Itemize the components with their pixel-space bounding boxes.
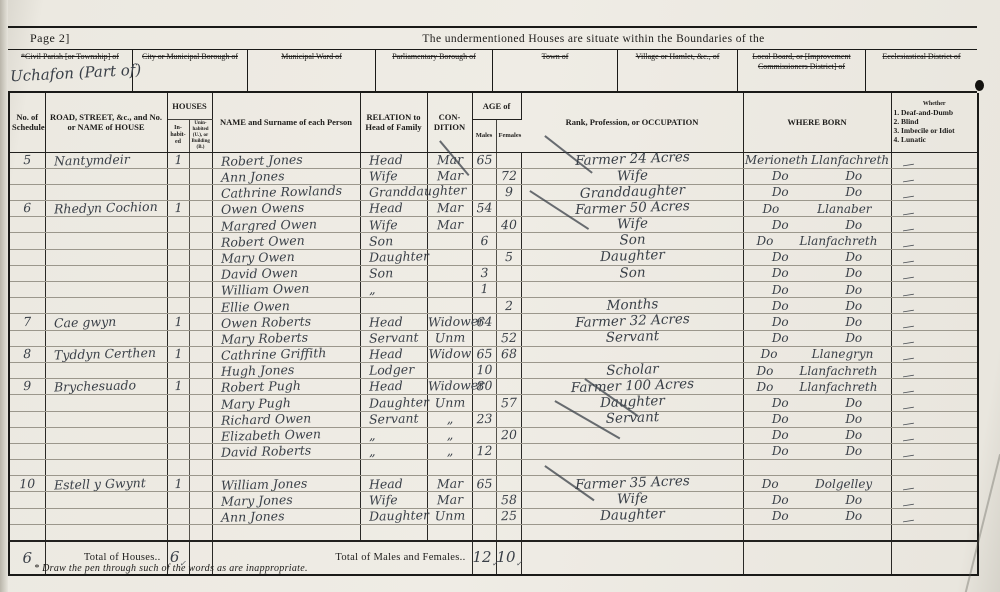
uninhabited-cell [189, 184, 212, 200]
relation-cell: Wife [360, 492, 427, 508]
condition-cell: Unm [427, 508, 472, 524]
schedule-cell: 8 [9, 346, 45, 362]
table-row: William Owen„1DoDo— [9, 282, 978, 298]
occupation-cell [521, 443, 743, 459]
condition-cell: Widower [427, 379, 472, 395]
age-males-cell: 80 [472, 379, 496, 395]
born-cell: DoDo [743, 298, 891, 314]
relation-cell: Granddaughter [360, 184, 427, 200]
road-cell [45, 282, 167, 298]
district-box-7: Ecclesiastical District of [866, 50, 977, 91]
table-row: 5Nantymdeir1Robert JonesHeadMar65Farmer … [9, 152, 978, 168]
name-cell: Mary Owen [212, 249, 360, 265]
road-cell [45, 443, 167, 459]
name-cell: Owen Roberts [212, 314, 360, 330]
col-header-females: Females [496, 119, 521, 152]
age-females-cell: 57 [496, 395, 521, 411]
col-header-uninhabited: Unin-habited (U.), or Building (B.) [189, 119, 212, 152]
infirmity-title: Whether [894, 101, 976, 108]
schedule-cell [9, 298, 45, 314]
table-row: David OwenSon3SonDoDo— [9, 265, 978, 281]
road-cell [45, 217, 167, 233]
born-cell: DoDo [743, 443, 891, 459]
age-females-cell: 40 [496, 217, 521, 233]
uninhabited-cell [189, 427, 212, 443]
age-females-cell [496, 524, 521, 540]
road-cell [45, 298, 167, 314]
condition-cell: Unm [427, 395, 472, 411]
table-row: Richard OwenServant„23ServantDoDo— [9, 411, 978, 427]
road-cell [45, 524, 167, 540]
district-box-0: *Civil Parish [or Township] ofUchafon (P… [8, 50, 133, 91]
col-header-born: WHERE BORN [743, 93, 891, 152]
relation-cell: Lodger [360, 362, 427, 378]
inhabited-cell [167, 168, 189, 184]
occupation-cell: Servant [521, 411, 743, 427]
schedule-cell [9, 362, 45, 378]
uninhabited-cell [189, 201, 212, 217]
table-row: 8Tyddyn Certhen1Cathrine GriffithHeadWid… [9, 346, 978, 362]
road-cell: Rhedyn Cochion [45, 201, 167, 217]
table-row: Ann JonesWifeMar72WifeDoDo— [9, 168, 978, 184]
born-cell: DoDo [743, 249, 891, 265]
age-males-cell: 12 [472, 443, 496, 459]
inhabited-cell [167, 524, 189, 540]
occupation-cell [521, 282, 743, 298]
inhabited-cell: 1 [167, 152, 189, 168]
table-body: 5Nantymdeir1Robert JonesHeadMar65Farmer … [9, 152, 978, 541]
inhabited-cell [167, 184, 189, 200]
inhabited-cell [167, 265, 189, 281]
condition-cell [427, 265, 472, 281]
occupation-cell: Son [521, 265, 743, 281]
schedule-cell: 9 [9, 379, 45, 395]
uninhabited-cell [189, 476, 212, 492]
age-females-cell [496, 152, 521, 168]
occupation-cell [521, 346, 743, 362]
relation-cell: Head [360, 346, 427, 362]
schedule-cell [9, 443, 45, 459]
district-box-label: Parliamentary Borough of [392, 52, 476, 61]
col-header-age: AGE of [472, 93, 521, 119]
banner-row: Page 2] The undermentioned Houses are si… [8, 26, 977, 50]
uninhabited-cell [189, 330, 212, 346]
ink-blot [975, 80, 984, 91]
age-females-cell [496, 362, 521, 378]
name-cell: David Owen [212, 265, 360, 281]
condition-cell: „ [427, 443, 472, 459]
infirmity-item: 1. Deaf-and-Dumb [894, 108, 976, 117]
uninhabited-cell [189, 508, 212, 524]
uninhabited-cell [189, 314, 212, 330]
footnote: * Draw the pen through such of the words… [34, 563, 308, 574]
condition-cell: „ [427, 427, 472, 443]
road-cell: Estell y Gwynt [45, 476, 167, 492]
condition-cell: Mar [427, 217, 472, 233]
age-males-cell [472, 492, 496, 508]
relation-cell: Head [360, 201, 427, 217]
uninhabited-cell [189, 492, 212, 508]
inhabited-cell [167, 298, 189, 314]
relation-cell [360, 298, 427, 314]
name-cell [212, 460, 360, 476]
occupation-cell [521, 524, 743, 540]
age-males-cell [472, 427, 496, 443]
road-cell [45, 362, 167, 378]
condition-cell: Mar [427, 492, 472, 508]
uninhabited-cell [189, 249, 212, 265]
name-cell: Mary Jones [212, 492, 360, 508]
enumeration-table: No. of Schedule ROAD, STREET, &c., and N… [8, 93, 979, 576]
table-row: 6Rhedyn Cochion1Owen OwensHeadMar54Farme… [9, 201, 978, 217]
relation-cell: Servant [360, 411, 427, 427]
table-row: Mary JonesWifeMar58WifeDoDo— [9, 492, 978, 508]
schedule-cell [9, 330, 45, 346]
uninhabited-cell [189, 265, 212, 281]
infirmity-item: 3. Imbecile or Idiot [894, 126, 976, 135]
age-females-cell: 5 [496, 249, 521, 265]
age-males-cell [472, 184, 496, 200]
name-cell: Margred Owen [212, 217, 360, 233]
uninhabited-cell [189, 443, 212, 459]
schedule-cell [9, 265, 45, 281]
born-cell: DoLlanaber [743, 201, 891, 217]
uninhabited-cell [189, 168, 212, 184]
age-males-cell: 10 [472, 362, 496, 378]
age-females-cell: 52 [496, 330, 521, 346]
district-box-label: *Civil Parish [or Township] of [21, 52, 119, 61]
born-cell: DoDo [743, 395, 891, 411]
inhabited-cell [167, 330, 189, 346]
table-row: Hugh JonesLodger10ScholarDoLlanfachreth— [9, 362, 978, 378]
inhabited-cell [167, 492, 189, 508]
age-females-cell [496, 265, 521, 281]
name-cell: Mary Roberts [212, 330, 360, 346]
age-females-cell [496, 476, 521, 492]
condition-cell [427, 362, 472, 378]
name-cell: Robert Pugh [212, 379, 360, 395]
relation-cell: Daughter [360, 508, 427, 524]
inhabited-cell [167, 395, 189, 411]
occupation-cell: Farmer 24 Acres [521, 152, 743, 168]
inhabited-cell [167, 249, 189, 265]
uninhabited-cell [189, 379, 212, 395]
occupation-cell: Daughter [521, 249, 743, 265]
district-box-label: Municipal Ward of [281, 52, 342, 61]
inhabited-cell: 1 [167, 379, 189, 395]
table-row: Ellie Owen2MonthsDoDo— [9, 298, 978, 314]
age-males-cell: 54 [472, 201, 496, 217]
born-cell: DoDo [743, 330, 891, 346]
uninhabited-cell [189, 460, 212, 476]
age-males-cell [472, 217, 496, 233]
banner-title: The undermentioned Houses are situate wi… [330, 33, 977, 45]
occupation-cell: Granddaughter [521, 184, 743, 200]
road-cell [45, 460, 167, 476]
col-header-schedule: No. of Schedule [9, 93, 45, 152]
road-cell [45, 427, 167, 443]
schedule-cell: 10 [9, 476, 45, 492]
condition-cell [427, 233, 472, 249]
col-header-condition: CON-DITION [427, 93, 472, 152]
district-box-label: Village or Hamlet, &c., of [636, 52, 720, 61]
col-header-males: Males [472, 119, 496, 152]
schedule-cell [9, 184, 45, 200]
district-box-label: Ecclesiastical District of [882, 52, 960, 61]
age-males-cell [472, 330, 496, 346]
name-cell: Cathrine Rowlands [212, 184, 360, 200]
age-females-cell [496, 201, 521, 217]
schedule-cell [9, 395, 45, 411]
relation-cell: Wife [360, 217, 427, 233]
occupation-cell [521, 427, 743, 443]
road-cell [45, 411, 167, 427]
table-row: Margred OwenWifeMar40WifeDoDo— [9, 217, 978, 233]
condition-cell [427, 524, 472, 540]
inhabited-cell [167, 508, 189, 524]
age-females-cell [496, 411, 521, 427]
inhabited-cell: 1 [167, 314, 189, 330]
schedule-cell [9, 427, 45, 443]
condition-cell [427, 460, 472, 476]
road-cell: Brychesuado [45, 379, 167, 395]
table-row: Robert OwenSon6SonDoLlanfachreth— [9, 233, 978, 249]
district-box-label: Town of [542, 52, 569, 61]
table-row: Ann JonesDaughterUnm25DaughterDoDo— [9, 508, 978, 524]
road-cell [45, 492, 167, 508]
relation-cell: Head [360, 152, 427, 168]
relation-cell: Head [360, 314, 427, 330]
relation-cell: Daughter [360, 249, 427, 265]
born-cell: DoDolgelley [743, 476, 891, 492]
census-page: Page 2] The undermentioned Houses are si… [0, 0, 1000, 592]
uninhabited-cell [189, 298, 212, 314]
name-cell: Hugh Jones [212, 362, 360, 378]
table-row [9, 524, 978, 540]
inhabited-cell [167, 233, 189, 249]
district-box-3: Parliamentary Borough of [376, 50, 493, 91]
inhabited-cell [167, 443, 189, 459]
age-females-cell [496, 460, 521, 476]
uninhabited-cell [189, 346, 212, 362]
inhabited-cell [167, 460, 189, 476]
road-cell [45, 330, 167, 346]
schedule-cell [9, 460, 45, 476]
col-header-infirmity: Whether 1. Deaf-and-Dumb2. Blind3. Imbec… [891, 93, 978, 152]
name-cell: Mary Pugh [212, 395, 360, 411]
name-cell: Owen Owens [212, 201, 360, 217]
inhabited-cell: 1 [167, 201, 189, 217]
schedule-cell [9, 282, 45, 298]
uninhabited-cell [189, 217, 212, 233]
table-row: Mary PughDaughterUnm57DaughterDoDo— [9, 395, 978, 411]
relation-cell [360, 524, 427, 540]
name-cell: Elizabeth Owen [212, 427, 360, 443]
uninhabited-cell [189, 362, 212, 378]
condition-cell: „ [427, 411, 472, 427]
born-cell: DoLlanfachreth [743, 362, 891, 378]
road-cell: Tyddyn Certhen [45, 346, 167, 362]
col-header-name: NAME and Surname of each Person [212, 93, 360, 152]
born-cell: DoLlanegryn [743, 346, 891, 362]
relation-cell: Wife [360, 168, 427, 184]
born-cell: DoDo [743, 282, 891, 298]
table-row: 9Brychesuado1Robert PughHeadWidower80Far… [9, 379, 978, 395]
age-males-cell: 1 [472, 282, 496, 298]
district-box-label: City or Municipal Borough of [142, 52, 238, 61]
born-cell [743, 524, 891, 540]
name-cell: William Owen [212, 282, 360, 298]
born-cell: DoDo [743, 265, 891, 281]
table-row: Mary RobertsServantUnm52ServantDoDo— [9, 330, 978, 346]
age-males-cell: 65 [472, 346, 496, 362]
age-males-cell [472, 395, 496, 411]
road-cell [45, 508, 167, 524]
total-females-value: 10✓ [496, 541, 521, 575]
relation-cell: Head [360, 476, 427, 492]
relation-cell: Daughter [360, 395, 427, 411]
table-row: 10Estell y Gwynt1William JonesHeadMar65F… [9, 476, 978, 492]
name-cell: David Roberts [212, 443, 360, 459]
infirmity-items: 1. Deaf-and-Dumb2. Blind3. Imbecile or I… [894, 108, 976, 144]
schedule-cell [9, 249, 45, 265]
condition-cell: Mar [427, 476, 472, 492]
district-box-4: Town of [493, 50, 618, 91]
uninhabited-cell [189, 233, 212, 249]
condition-cell: Widow [427, 346, 472, 362]
age-females-cell [496, 314, 521, 330]
occupation-cell: Servant [521, 330, 743, 346]
infirmity-item: 4. Lunatic [894, 135, 976, 144]
col-header-houses: HOUSES [167, 93, 212, 119]
age-females-cell: 9 [496, 184, 521, 200]
born-cell: DoLlanfachreth [743, 233, 891, 249]
inhabited-cell [167, 427, 189, 443]
age-males-cell [472, 249, 496, 265]
uninhabited-cell [189, 411, 212, 427]
uninhabited-cell [189, 282, 212, 298]
occupation-cell: Wife [521, 168, 743, 184]
inhabited-cell [167, 362, 189, 378]
age-females-cell: 72 [496, 168, 521, 184]
born-cell: DoDo [743, 492, 891, 508]
district-box-5: Village or Hamlet, &c., of [618, 50, 738, 91]
col-header-inhabited: In-habit-ed [167, 119, 189, 152]
table-row: Mary OwenDaughter5DaughterDoDo— [9, 249, 978, 265]
relation-cell: „ [360, 282, 427, 298]
relation-cell [360, 460, 427, 476]
age-males-cell [472, 524, 496, 540]
road-cell: Nantymdeir [45, 152, 167, 168]
uninhabited-cell [189, 524, 212, 540]
relation-cell: „ [360, 443, 427, 459]
condition-cell: Unm [427, 330, 472, 346]
name-cell: Richard Owen [212, 411, 360, 427]
age-males-cell: 65 [472, 152, 496, 168]
relation-cell: Servant [360, 330, 427, 346]
condition-cell [427, 249, 472, 265]
condition-cell [427, 282, 472, 298]
name-cell: Cathrine Griffith [212, 346, 360, 362]
age-males-cell [472, 298, 496, 314]
road-cell [45, 395, 167, 411]
age-males-cell: 3 [472, 265, 496, 281]
age-males-cell [472, 508, 496, 524]
age-males-cell [472, 460, 496, 476]
age-males-cell: 23 [472, 411, 496, 427]
inhabited-cell [167, 217, 189, 233]
age-males-cell: 64 [472, 314, 496, 330]
district-box-6: Local Board, or [Improvement Commissione… [738, 50, 866, 91]
born-cell: DoLlanfachreth [743, 379, 891, 395]
age-females-cell: 68 [496, 346, 521, 362]
district-box-1: City or Municipal Borough of [133, 50, 248, 91]
age-females-cell [496, 379, 521, 395]
table-row [9, 460, 978, 476]
inhabited-cell [167, 411, 189, 427]
born-cell: DoDo [743, 411, 891, 427]
age-females-cell [496, 443, 521, 459]
district-box-value: Uchafon (Part of) [10, 61, 142, 87]
schedule-cell: 6 [9, 201, 45, 217]
schedule-cell [9, 168, 45, 184]
born-cell: DoDo [743, 427, 891, 443]
age-females-cell: 2 [496, 298, 521, 314]
road-cell [45, 249, 167, 265]
age-females-cell [496, 233, 521, 249]
name-cell: Ann Jones [212, 508, 360, 524]
condition-cell: Mar [427, 201, 472, 217]
page-edge-shadow [0, 0, 8, 592]
age-females-cell: 20 [496, 427, 521, 443]
born-cell: DoDo [743, 184, 891, 200]
relation-cell: Head [360, 379, 427, 395]
relation-cell: Son [360, 265, 427, 281]
age-males-cell: 6 [472, 233, 496, 249]
schedule-cell [9, 411, 45, 427]
born-cell: DoDo [743, 314, 891, 330]
age-females-cell [496, 282, 521, 298]
schedule-cell [9, 233, 45, 249]
condition-cell: Widower [427, 314, 472, 330]
age-males-cell: 65 [472, 476, 496, 492]
schedule-cell [9, 508, 45, 524]
age-females-cell: 58 [496, 492, 521, 508]
road-cell [45, 168, 167, 184]
born-cell: MerionethLlanfachreth [743, 152, 891, 168]
col-header-relation: RELATION to Head of Family [360, 93, 427, 152]
age-males-cell [472, 168, 496, 184]
road-cell [45, 265, 167, 281]
district-box-2: Municipal Ward of [248, 50, 376, 91]
schedule-cell [9, 217, 45, 233]
occupation-cell: Scholar [521, 362, 743, 378]
born-cell: DoDo [743, 168, 891, 184]
name-cell [212, 524, 360, 540]
born-cell: DoDo [743, 217, 891, 233]
name-cell: William Jones [212, 476, 360, 492]
relation-cell: „ [360, 427, 427, 443]
uninhabited-cell [189, 152, 212, 168]
born-cell [743, 460, 891, 476]
schedule-cell [9, 492, 45, 508]
district-header-row: *Civil Parish [or Township] ofUchafon (P… [8, 50, 977, 93]
schedule-cell [9, 524, 45, 540]
uninhabited-cell [189, 395, 212, 411]
inhabited-cell [167, 282, 189, 298]
schedule-cell: 5 [9, 152, 45, 168]
occupation-cell: Daughter [521, 508, 743, 524]
